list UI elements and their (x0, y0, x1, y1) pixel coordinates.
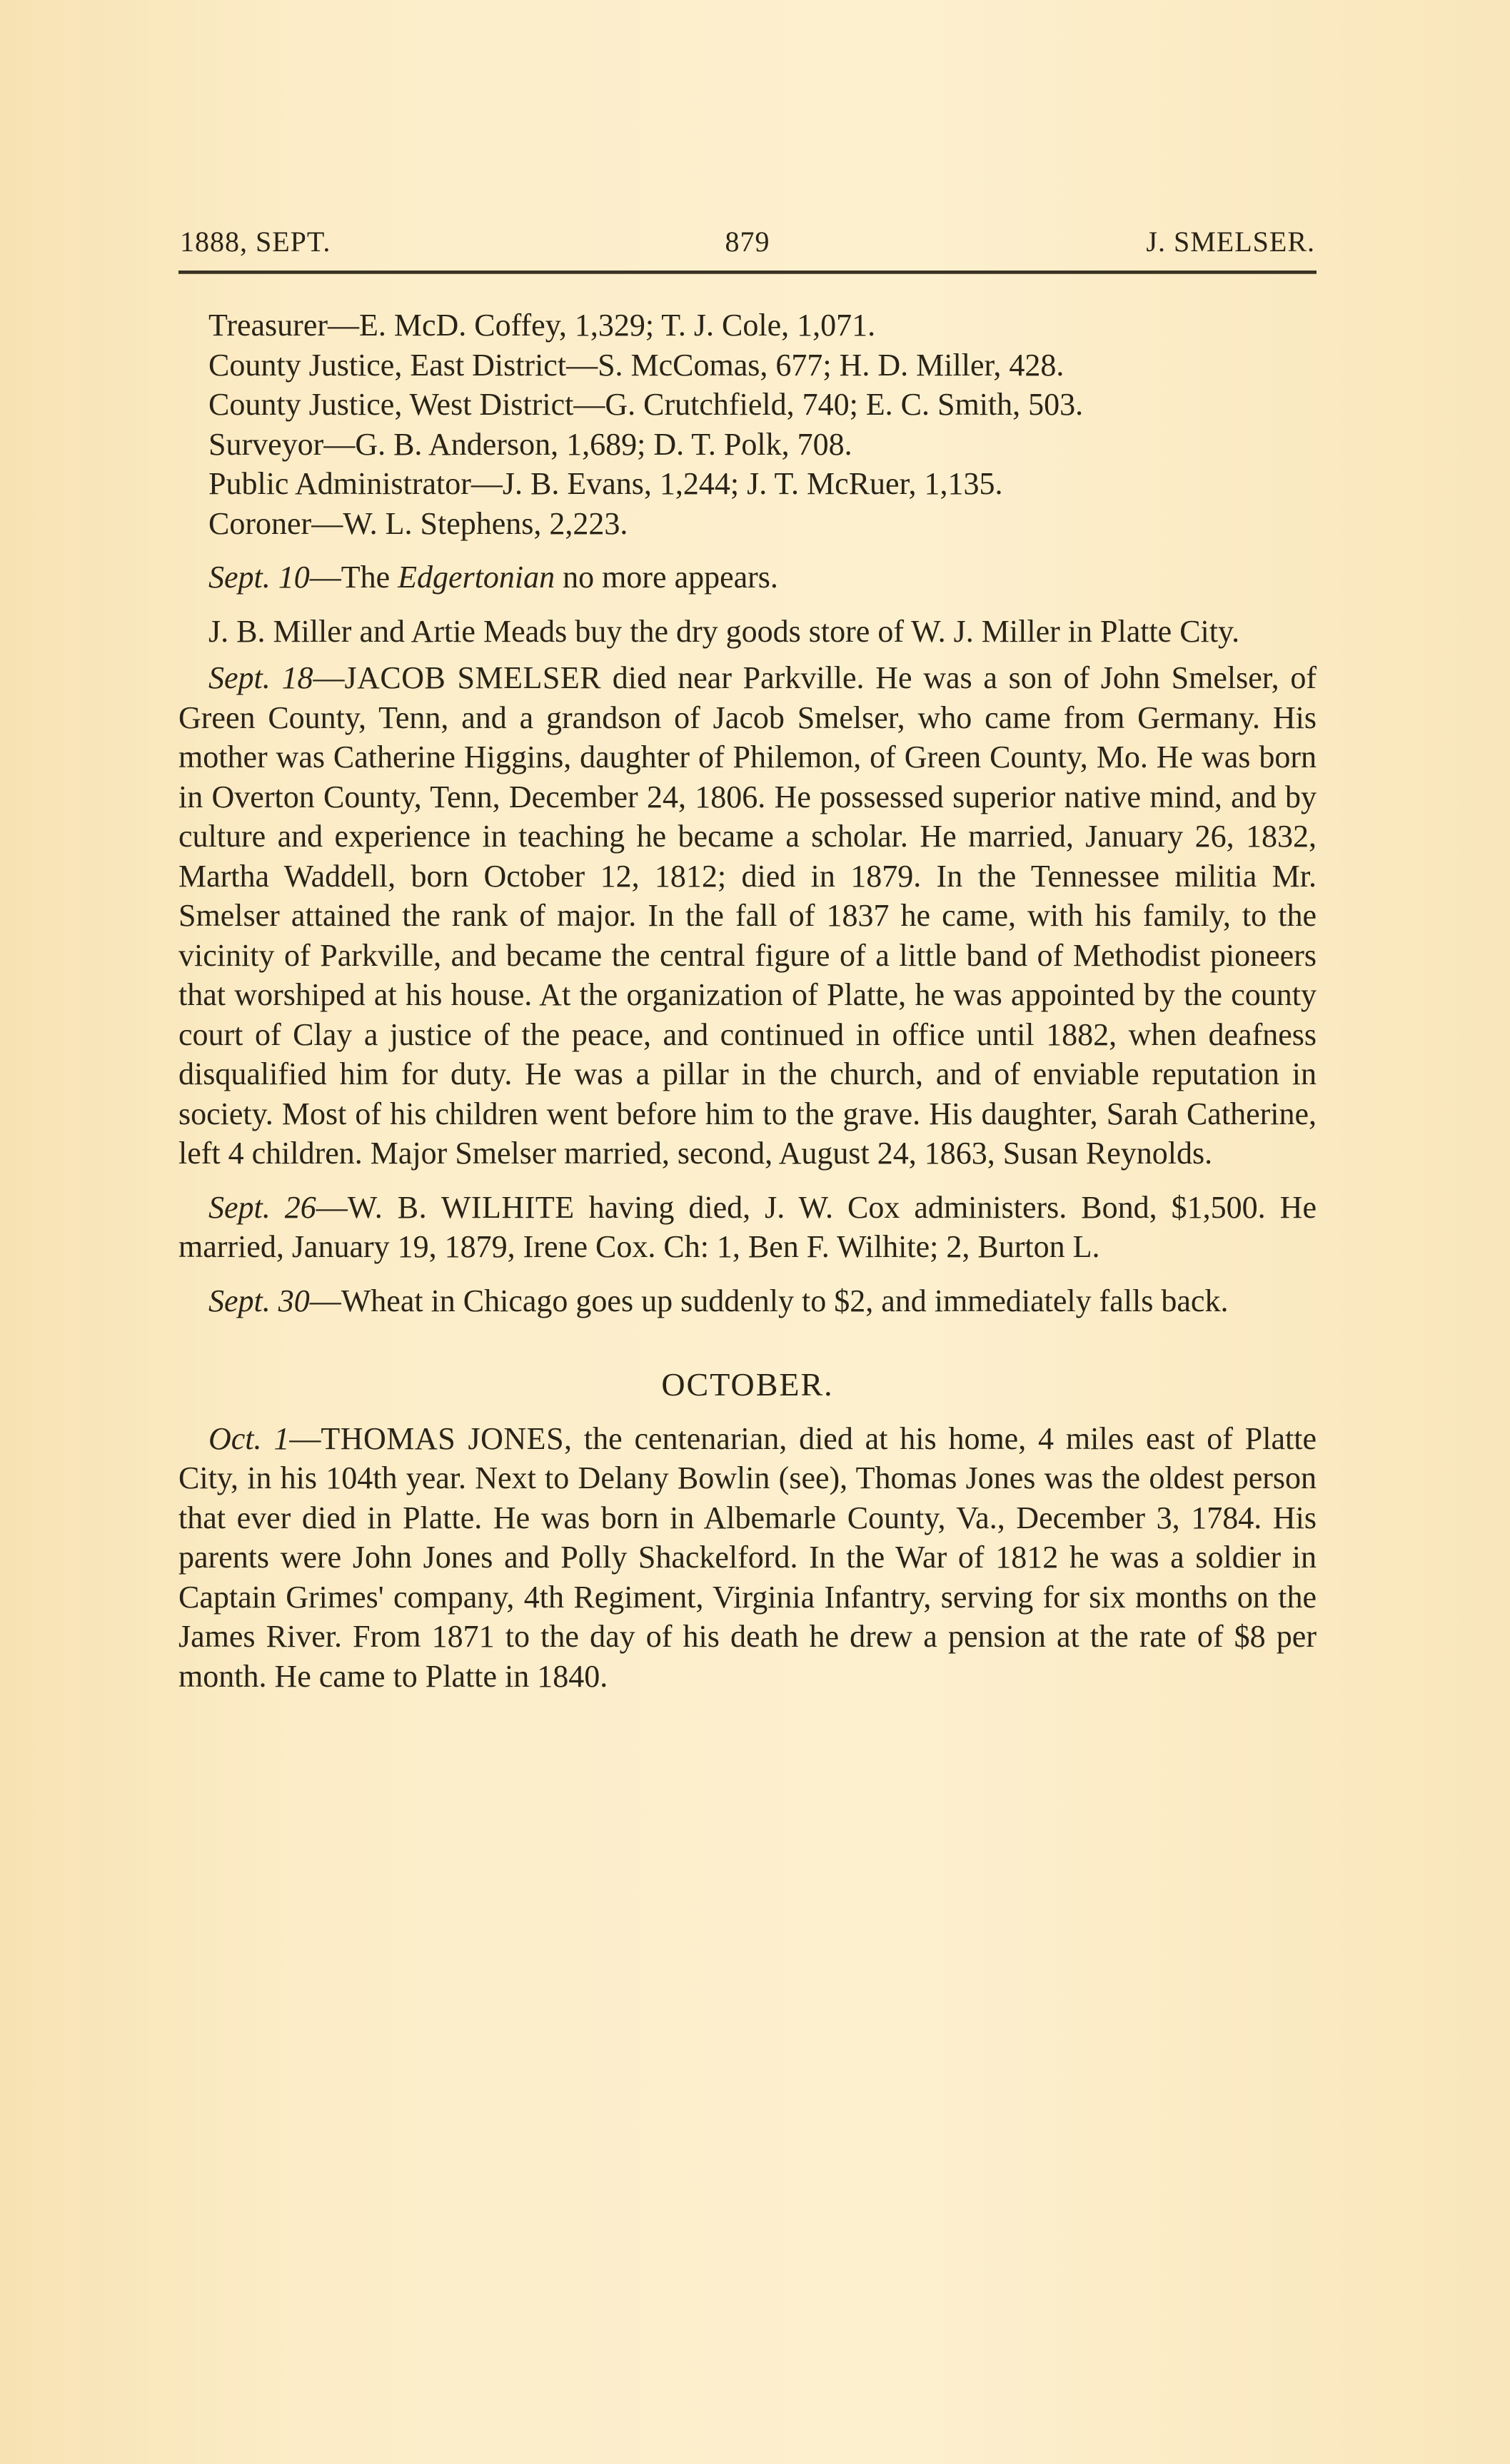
entry-date: Sept. 26 (208, 1190, 316, 1225)
page-number: 879 (178, 225, 1317, 258)
entry-oct-1: Oct. 1—THOMAS JONES, the centenarian, di… (178, 1419, 1317, 1697)
entry-date: Sept. 10 (208, 560, 310, 595)
entry-miller-store: J. B. Miller and Artie Meads buy the dry… (178, 612, 1317, 652)
election-result: County Justice, West District—G. Crutchf… (178, 385, 1317, 425)
election-result: Treasurer—E. McD. Coffey, 1,329; T. J. C… (178, 306, 1317, 345)
obituary-name: W. B. WILHITE (348, 1190, 575, 1225)
month-heading: OCTOBER. (178, 1365, 1317, 1405)
newspaper-title: Edgertonian (398, 560, 555, 595)
entry-sept-26: Sept. 26—W. B. WILHITE having died, J. W… (178, 1188, 1317, 1267)
entry-sept-18: Sept. 18—JACOB SMELSER died near Parkvil… (178, 658, 1317, 1173)
entry-date: Sept. 18 (208, 660, 313, 695)
page-body: Treasurer—E. McD. Coffey, 1,329; T. J. C… (178, 306, 1317, 1696)
election-result: Coroner—W. L. Stephens, 2,223. (178, 504, 1317, 544)
election-result: Surveyor—G. B. Anderson, 1,689; D. T. Po… (178, 425, 1317, 465)
election-result: Public Administrator—J. B. Evans, 1,244;… (178, 464, 1317, 504)
entry-sept-30: Sept. 30—Wheat in Chicago goes up sudden… (178, 1281, 1317, 1321)
obituary-name: JACOB SMELSER (344, 660, 601, 695)
header-rule (178, 271, 1317, 274)
election-result: County Justice, East District—S. McComas… (178, 345, 1317, 385)
obituary-name: THOMAS JONES (321, 1421, 564, 1456)
entry-date: Oct. 1 (208, 1421, 289, 1456)
entry-date: Sept. 30 (208, 1283, 310, 1318)
running-head: 1888, SEPT. 879 J. SMELSER. (178, 225, 1317, 265)
book-page: 1888, SEPT. 879 J. SMELSER. Treasurer—E.… (178, 225, 1317, 1696)
entry-sept-10: Sept. 10—The Edgertonian no more appears… (178, 557, 1317, 597)
